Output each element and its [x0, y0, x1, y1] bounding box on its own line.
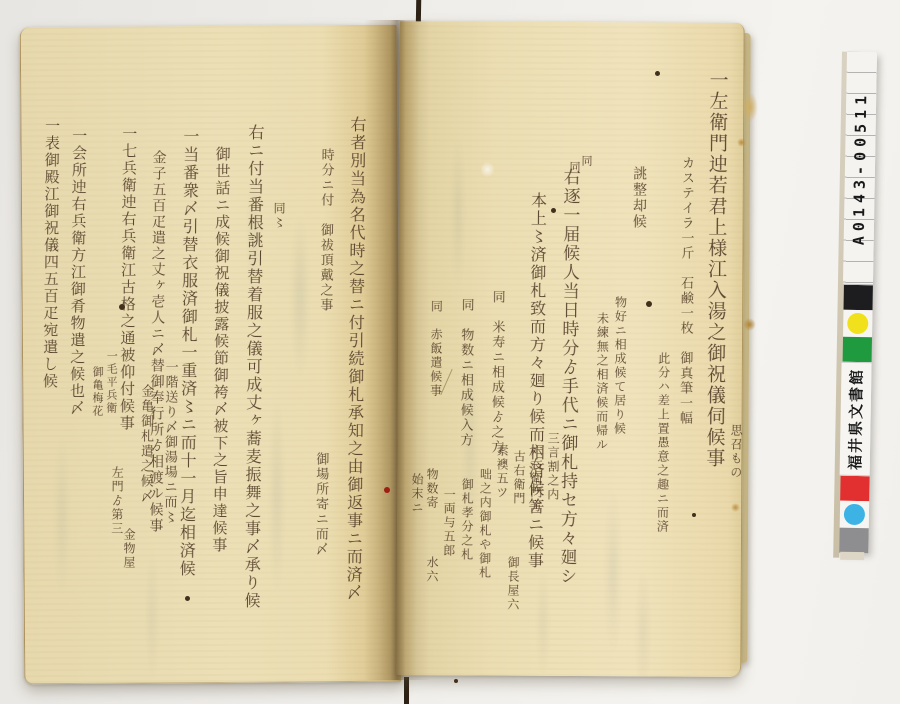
- photograph-scene: 一左衛門迚若君上様江入湯之御祝儀伺候事思召ものカステイラ一斤 石鹸一枚 御真筆一…: [0, 0, 900, 704]
- spine-gap-bottom: [404, 677, 409, 704]
- ink-spot: [646, 301, 652, 307]
- manuscript-page-left: [20, 25, 402, 685]
- color-patches-top: [842, 285, 873, 363]
- red-dot-mark: [384, 487, 390, 493]
- color-patch-yellow: [842, 310, 872, 338]
- ink-spot: [655, 71, 660, 76]
- color-patch-gray: [838, 528, 868, 554]
- archive-name-tile: 福井県文書館: [840, 362, 872, 477]
- archive-name-label: 福井県文書館: [844, 368, 867, 470]
- archive-id-tiles: A0143-00511: [843, 52, 877, 285]
- color-patch-cyan: [839, 501, 869, 529]
- color-patch-black: [842, 285, 872, 311]
- archive-id-label: A0143-00511: [850, 91, 871, 246]
- photo-scale-bar: A0143-00511 福井県文書館: [838, 52, 877, 552]
- manuscript-page-right: [396, 21, 744, 677]
- ink-spot: [692, 513, 696, 517]
- ink-spot: [551, 208, 556, 213]
- ink-spot: [119, 304, 125, 310]
- correction-patch: [481, 162, 494, 177]
- color-patch-green: [842, 337, 872, 363]
- ink-spot: [454, 679, 458, 683]
- color-dot-yellow: [847, 313, 868, 334]
- color-dot-cyan: [843, 504, 864, 525]
- ink-spot: [185, 596, 190, 601]
- color-patches-bottom: [838, 476, 869, 554]
- color-patch-red: [839, 476, 869, 502]
